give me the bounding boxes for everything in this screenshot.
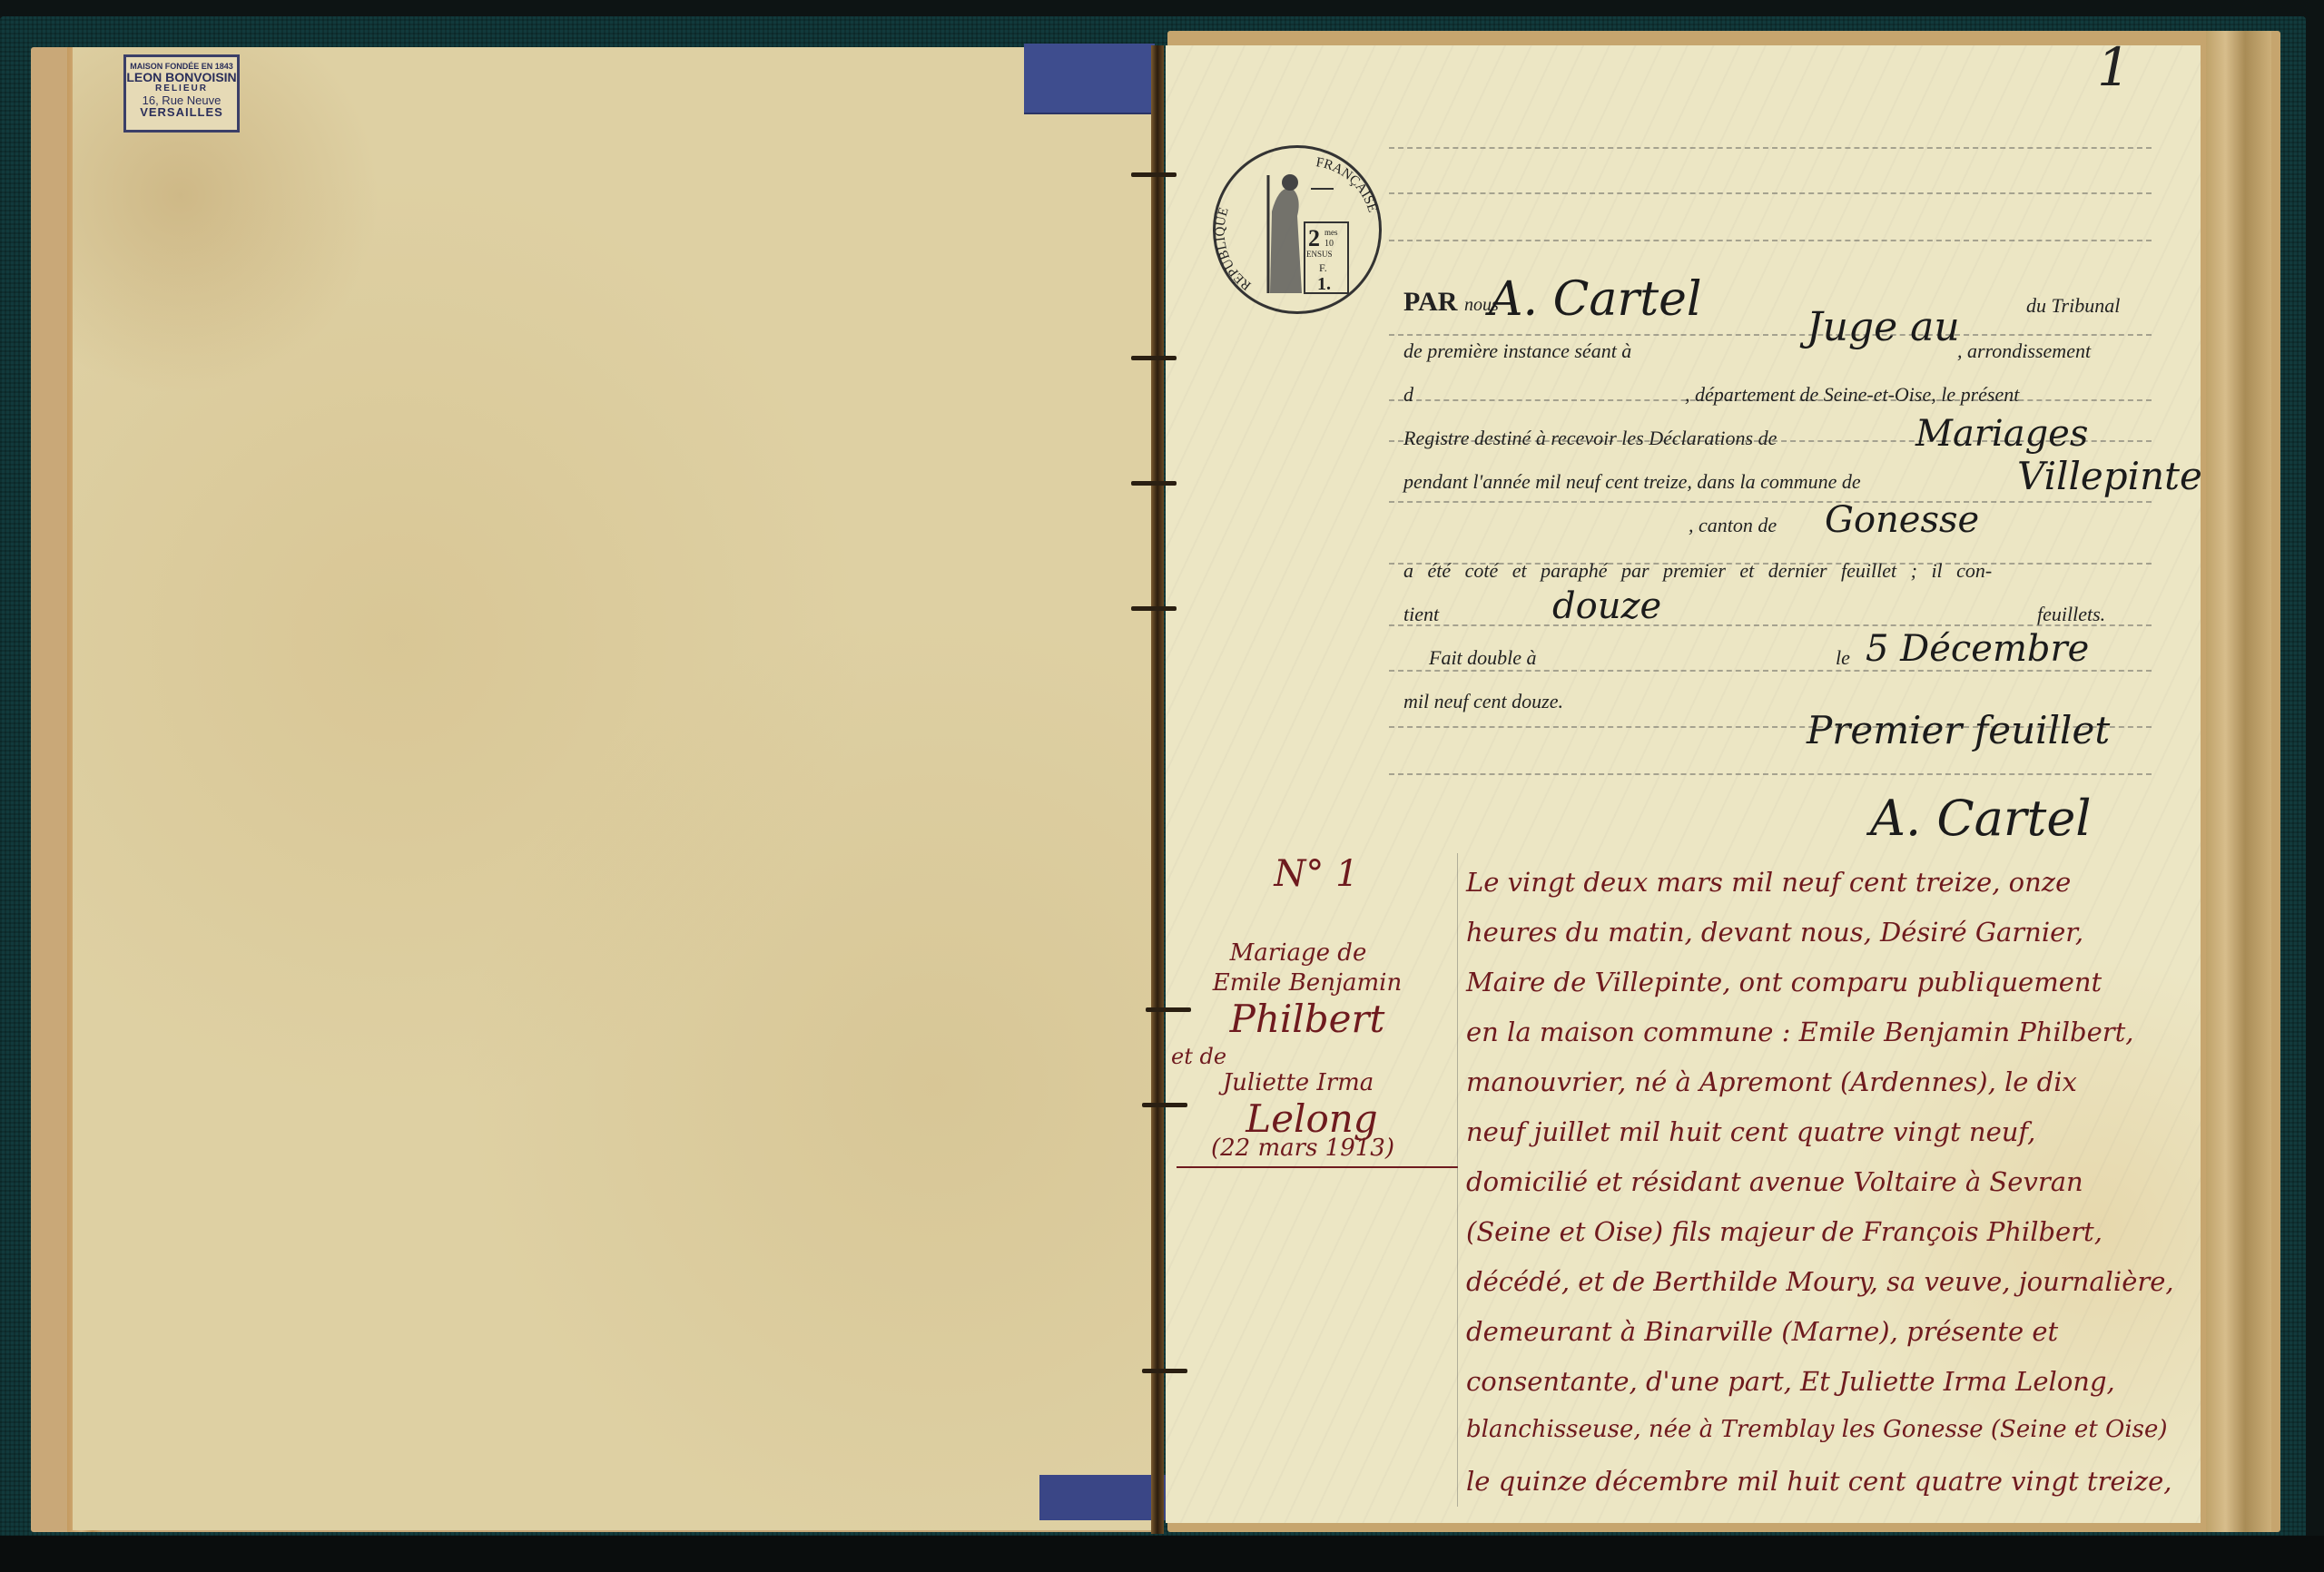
entry-line: heures du matin, devant nous, Désiré Gar… [1466, 917, 2083, 948]
svg-text:2: 2 [1308, 225, 1320, 251]
commune-handwritten: Villepinte [2017, 454, 2202, 498]
binding-stitch [1146, 1007, 1191, 1012]
blue-binding-tab-bottom [1039, 1475, 1168, 1520]
form-registre-label: Registre destiné à recevoir les Déclarat… [1403, 427, 1777, 450]
judge-title-handwritten: Juge au [1807, 304, 1960, 350]
entry-line: manouvrier, né à Apremont (Ardennes), le… [1466, 1066, 2077, 1097]
margin-vertical-rule [1457, 853, 1458, 1507]
margin-note-mariage-de: Mariage de [1180, 939, 1416, 967]
entry-line: décédé, et de Berthilde Moury, sa veuve,… [1466, 1266, 2174, 1297]
binder-label-city: VERSAILLES [126, 106, 237, 119]
ruled-line [1389, 192, 2152, 194]
form-line-instance: de première instance séant à [1403, 339, 1631, 363]
entry-line: Maire de Villepinte, ont comparu publiqu… [1466, 967, 2102, 997]
form-fait-double: Fait double à [1429, 646, 1537, 670]
form-contient: tient [1403, 603, 1439, 626]
binding-stitch [1142, 1103, 1187, 1107]
justice-figure-icon: RÉPUBLIQUE FRANÇAISE 2 mes 10 ENSUS F. 1… [1216, 148, 1379, 311]
entry-line: consentante, d'une part, Et Juliette Irm… [1466, 1366, 2115, 1397]
form-annee-commune: pendant l'année mil neuf cent treize, da… [1403, 470, 1861, 494]
binder-label-street: 16, Rue Neuve [126, 94, 237, 107]
book-gutter [1151, 45, 1164, 1534]
margin-note-groom-first-names: Emile Benjamin [1180, 969, 1434, 997]
ruled-line [1389, 147, 2152, 149]
svg-text:FRANÇAISE: FRANÇAISE [1315, 155, 1379, 214]
page-number: 1 [2097, 36, 2131, 98]
entry-line: blanchisseuse, née à Tremblay les Goness… [1466, 1416, 2168, 1443]
form-le: le [1836, 646, 1850, 670]
entry-line: le quinze décembre mil huit cent quatre … [1466, 1466, 2171, 1497]
entry-line: Le vingt deux mars mil neuf cent treize,… [1466, 867, 2071, 898]
svg-text:F.: F. [1319, 261, 1327, 274]
form-mil-neuf-cent-douze: mil neuf cent douze. [1403, 690, 1563, 713]
svg-text:10: 10 [1324, 239, 1334, 249]
margin-note-date: (22 mars 1913) [1180, 1135, 1425, 1162]
binding-stitch [1131, 481, 1177, 486]
margin-underline [1177, 1166, 1458, 1168]
form-canton-label: , canton de [1689, 514, 1777, 537]
entry-line: en la maison commune : Emile Benjamin Ph… [1466, 1017, 2133, 1047]
ruled-line [1389, 240, 2152, 241]
republique-francaise-stamp: RÉPUBLIQUE FRANÇAISE 2 mes 10 ENSUS F. 1… [1213, 145, 1382, 314]
binder-label: MAISON FONDÉE EN 1843 LEON BONVOISIN REL… [123, 54, 240, 133]
svg-text:mes: mes [1324, 228, 1338, 237]
binding-stitch [1131, 356, 1177, 360]
left-page-blank [73, 47, 1151, 1530]
svg-text:ENSUS: ENSUS [1306, 250, 1333, 259]
form-line-d: d [1403, 383, 1413, 407]
form-cote-paraphe: a été coté et paraphé par premier et der… [1403, 559, 1992, 583]
entry-number: N° 1 [1207, 853, 1425, 895]
canton-handwritten: Gonesse [1825, 499, 1979, 541]
premier-feuillet-handwritten: Premier feuillet [1807, 708, 2110, 752]
form-departement: , département de Seine-et-Oise, le prése… [1685, 383, 2019, 407]
ruled-line [1389, 501, 2152, 503]
binding-stitch [1142, 1369, 1187, 1373]
form-feuillets: feuillets. [2037, 603, 2105, 626]
signature-bottom: A. Cartel [1870, 790, 2092, 847]
sheet-count-handwritten: douze [1552, 585, 1661, 627]
margin-note-groom-surname: Philbert [1198, 997, 1416, 1041]
entry-line: domicilié et résidant avenue Voltaire à … [1466, 1166, 2083, 1197]
declarations-type-handwritten: Mariages [1915, 413, 2088, 455]
ruled-line [1389, 670, 2152, 672]
binding-stitch [1131, 172, 1177, 177]
background-shadow [0, 1536, 2324, 1572]
form-arrondissement: , arrondissement [1957, 339, 2091, 363]
entry-line: demeurant à Binarville (Marne), présente… [1466, 1316, 2058, 1347]
judge-signature: A. Cartel [1489, 272, 1702, 327]
binder-label-name: LEON BONVOISIN [126, 71, 237, 84]
margin-note-et-de: et de [1171, 1044, 1253, 1069]
ruled-line [1389, 773, 2152, 775]
entry-line: neuf juillet mil huit cent quatre vingt … [1466, 1116, 2035, 1147]
form-par-label: PAR nous [1403, 287, 1499, 318]
ruled-line [1389, 334, 2152, 336]
binding-stitch [1131, 606, 1177, 611]
blue-binding-tab-top [1024, 44, 1155, 114]
form-du-tribunal: du Tribunal [2026, 294, 2120, 318]
margin-note-bride-first-names: Juliette Irma [1180, 1069, 1416, 1096]
svg-text:RÉPUBLIQUE: RÉPUBLIQUE [1216, 206, 1254, 293]
svg-text:1.: 1. [1317, 274, 1331, 294]
date-handwritten: 5 Décembre [1866, 628, 2089, 670]
entry-line: (Seine et Oise) fils majeur de François … [1466, 1216, 2102, 1247]
